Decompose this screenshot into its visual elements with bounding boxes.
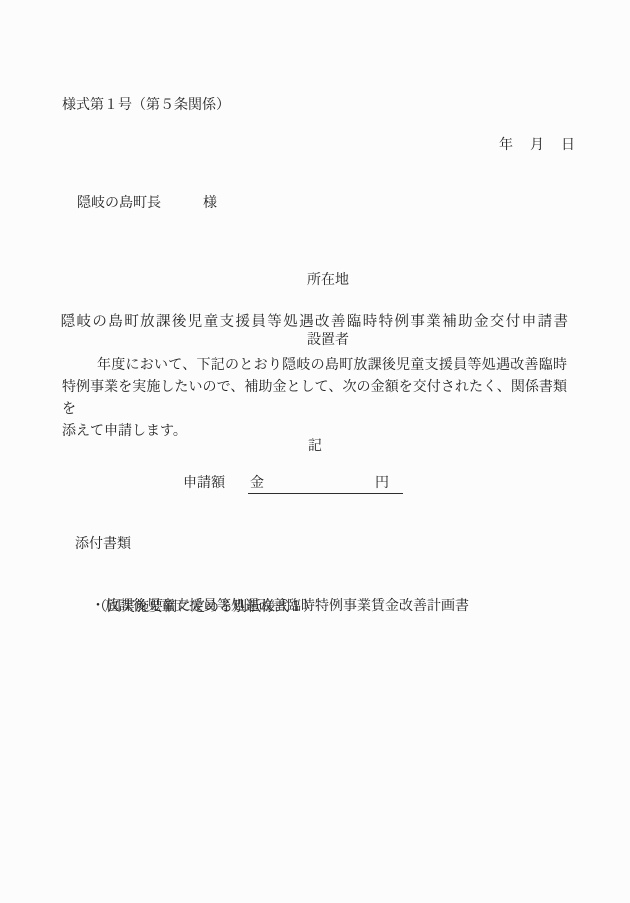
date-line: 年 月 日 <box>499 136 577 156</box>
application-amount-label: 申請額 <box>183 474 225 494</box>
attachments-heading: 添付書類 <box>75 535 131 555</box>
application-amount-blank-field: 金 円 <box>248 474 403 494</box>
form-number: 様式第１号（第５条関係） <box>62 96 230 116</box>
addressee-line: 隠岐の島町長 様 <box>77 194 217 214</box>
amount-currency-prefix: 金 <box>250 474 264 493</box>
body-paragraph: 年度において、下記のとおり隠岐の島町放課後児童支援員等処遇改善臨時 特例事業を実… <box>62 355 567 443</box>
record-marker: 記 <box>0 437 630 457</box>
body-line-2: 特例事業を実施したいので、補助金として、次の金額を交付されたく、関係書類を <box>62 377 567 421</box>
body-line-1: 年度において、下記のとおり隠岐の島町放課後児童支援員等処遇改善臨時 <box>62 355 567 377</box>
sender-founder-label: 設置者 <box>307 331 349 351</box>
document-title: 隠岐の島町放課後児童支援員等処遇改善臨時特例事業補助金交付申請書 <box>0 312 630 332</box>
sender-address-label: 所在地 <box>307 271 349 291</box>
attachment-item-note: （国実施要綱に定める別紙様式１） <box>93 598 317 618</box>
amount-currency-suffix: 円 <box>375 474 389 493</box>
document-page: 様式第１号（第５条関係） 年 月 日 隠岐の島町長 様 所在地 設置者 隠岐の島… <box>0 0 630 903</box>
